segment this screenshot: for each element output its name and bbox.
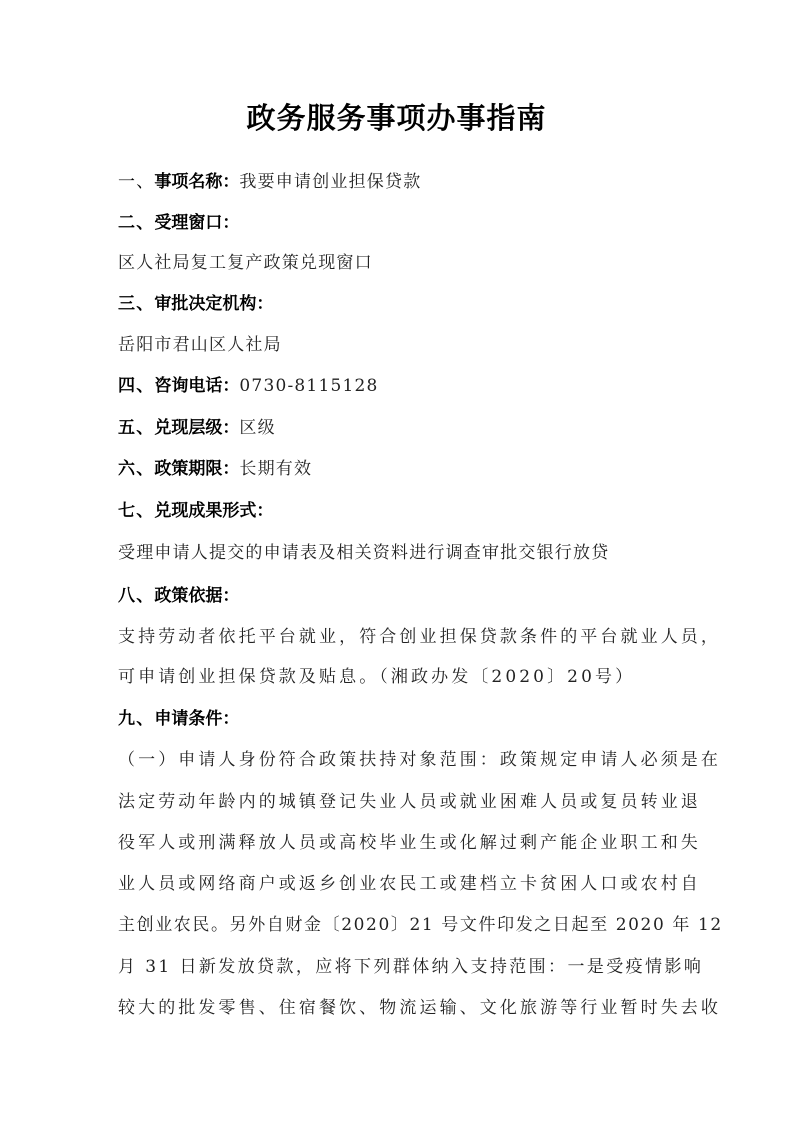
- conditions-line: 主创业农民。另外自财金〔2020〕21 号文件印发之日起至 2020 年 12: [118, 914, 688, 936]
- section-label: 事项名称：: [154, 172, 239, 192]
- section-period: 六、政策期限：长期有效: [118, 458, 688, 480]
- section-level: 五、兑现层级：区级: [118, 417, 688, 439]
- section-number: 六、: [118, 459, 154, 479]
- conditions-line: 业人员或网络商户或返乡创业农民工或建档立卡贫困人口或农村自: [118, 873, 688, 895]
- level-value: 区级: [239, 418, 275, 438]
- section-label: 政策期限：: [154, 459, 239, 479]
- section-label: 受理窗口：: [154, 213, 239, 233]
- section-value: 我要申请创业担保贷款: [239, 172, 421, 192]
- conditions-line: 役军人或刑满释放人员或高校毕业生或化解过剩产能企业职工和失: [118, 832, 688, 854]
- section-number: 四、: [118, 376, 154, 396]
- section-number: 七、: [118, 501, 154, 521]
- window-value: 区人社局复工复产政策兑现窗口: [118, 252, 688, 274]
- section-label: 咨询电话：: [154, 376, 239, 396]
- section-item-name: 一、事项名称：我要申请创业担保贷款: [118, 171, 688, 193]
- section-label: 兑现成果形式：: [154, 501, 273, 521]
- section-number: 九、: [118, 709, 154, 729]
- section-label: 审批决定机构：: [154, 294, 273, 314]
- conditions-line: 月 31 日新发放贷款，应将下列群体纳入支持范围：一是受疫情影响: [118, 956, 688, 978]
- section-policy-basis: 八、政策依据：: [118, 585, 688, 607]
- policy-basis-line: 可申请创业担保贷款及贴息。（湘政办发〔2020〕20号）: [118, 666, 688, 688]
- section-label: 兑现层级：: [154, 418, 239, 438]
- section-phone: 四、咨询电话：0730-8115128: [118, 375, 688, 397]
- conditions-line: 法定劳动年龄内的城镇登记失业人员或就业困难人员或复员转业退: [118, 791, 688, 813]
- policy-basis-line: 支持劳动者依托平台就业，符合创业担保贷款条件的平台就业人员，: [118, 626, 688, 648]
- conditions-line: 较大的批发零售、住宿餐饮、物流运输、文化旅游等行业暂时失去收: [118, 997, 688, 1019]
- period-value: 长期有效: [239, 459, 312, 479]
- section-number: 三、: [118, 294, 154, 314]
- section-number: 五、: [118, 418, 154, 438]
- section-window: 二、受理窗口：: [118, 212, 688, 234]
- section-number: 一、: [118, 172, 154, 192]
- result-form-value: 受理申请人提交的申请表及相关资料进行调查审批交银行放贷: [118, 542, 688, 564]
- section-label: 申请条件：: [154, 709, 239, 729]
- section-label: 政策依据：: [154, 586, 239, 606]
- conditions-line: （一）申请人身份符合政策扶持对象范围：政策规定申请人必须是在: [118, 749, 688, 771]
- section-result-form: 七、兑现成果形式：: [118, 500, 688, 522]
- phone-value: 0730-8115128: [239, 376, 378, 396]
- section-conditions: 九、申请条件：: [118, 708, 688, 730]
- authority-value: 岳阳市君山区人社局: [118, 334, 688, 356]
- section-authority: 三、审批决定机构：: [118, 293, 688, 315]
- document-title: 政务服务事项办事指南: [0, 96, 793, 137]
- section-number: 八、: [118, 586, 154, 606]
- section-number: 二、: [118, 213, 154, 233]
